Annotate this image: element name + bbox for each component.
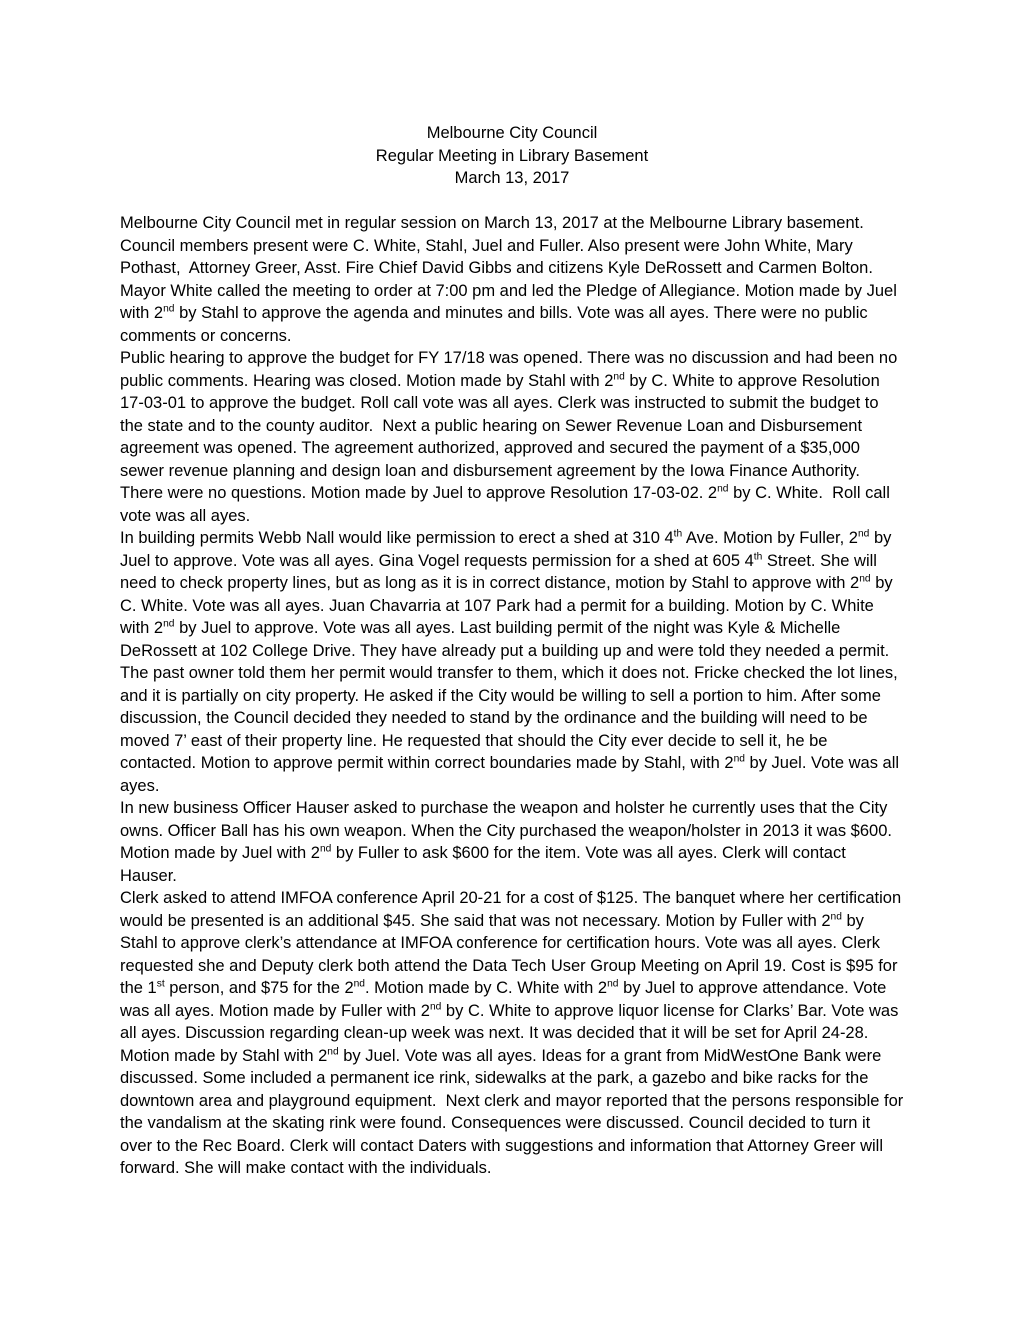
superscript-run: nd	[859, 574, 870, 585]
paragraph: Melbourne City Council met in regular se…	[120, 212, 904, 347]
text-run: Ave. Motion by Fuller, 2	[682, 529, 858, 547]
superscript-run: st	[157, 979, 165, 990]
superscript-run: th	[674, 529, 683, 540]
paragraph: Public hearing to approve the budget for…	[120, 347, 904, 527]
document-subtitle: Regular Meeting in Library Basement	[120, 145, 904, 168]
document-title-block: Melbourne City Council Regular Meeting i…	[120, 122, 904, 190]
superscript-run: nd	[320, 844, 331, 855]
document-content: Melbourne City Council Regular Meeting i…	[120, 122, 904, 1180]
text-run: . Motion made by C. White with 2	[365, 979, 607, 997]
superscript-run: nd	[327, 1046, 338, 1057]
superscript-run: nd	[831, 911, 842, 922]
text-run: by C. White to approve Resolution 17-03-…	[120, 372, 884, 503]
text-run: by Juel. Vote was all ayes. Ideas for a …	[120, 1047, 908, 1178]
text-run: Clerk asked to attend IMFOA conference A…	[120, 889, 906, 930]
superscript-run: nd	[354, 979, 365, 990]
paragraph: In new business Officer Hauser asked to …	[120, 797, 904, 887]
superscript-run: nd	[163, 304, 174, 315]
superscript-run: nd	[717, 484, 728, 495]
paragraph: In building permits Webb Nall would like…	[120, 527, 904, 797]
superscript-run: nd	[163, 619, 174, 630]
superscript-run: nd	[734, 754, 745, 765]
text-run: In building permits Webb Nall would like…	[120, 529, 674, 547]
superscript-run: nd	[607, 979, 618, 990]
text-run: by Juel to approve. Vote was all ayes. L…	[120, 619, 902, 772]
superscript-run: nd	[430, 1001, 441, 1012]
superscript-run: nd	[858, 529, 869, 540]
superscript-run: nd	[613, 371, 624, 382]
paragraph: Clerk asked to attend IMFOA conference A…	[120, 887, 904, 1180]
document-date: March 13, 2017	[120, 167, 904, 190]
text-run: by Stahl to approve the agenda and minut…	[120, 304, 872, 345]
document-body: Melbourne City Council met in regular se…	[120, 212, 904, 1180]
document-title: Melbourne City Council	[120, 122, 904, 145]
text-run: person, and $75 for the 2	[165, 979, 354, 997]
document-page: Melbourne City Council Regular Meeting i…	[0, 0, 1020, 1320]
